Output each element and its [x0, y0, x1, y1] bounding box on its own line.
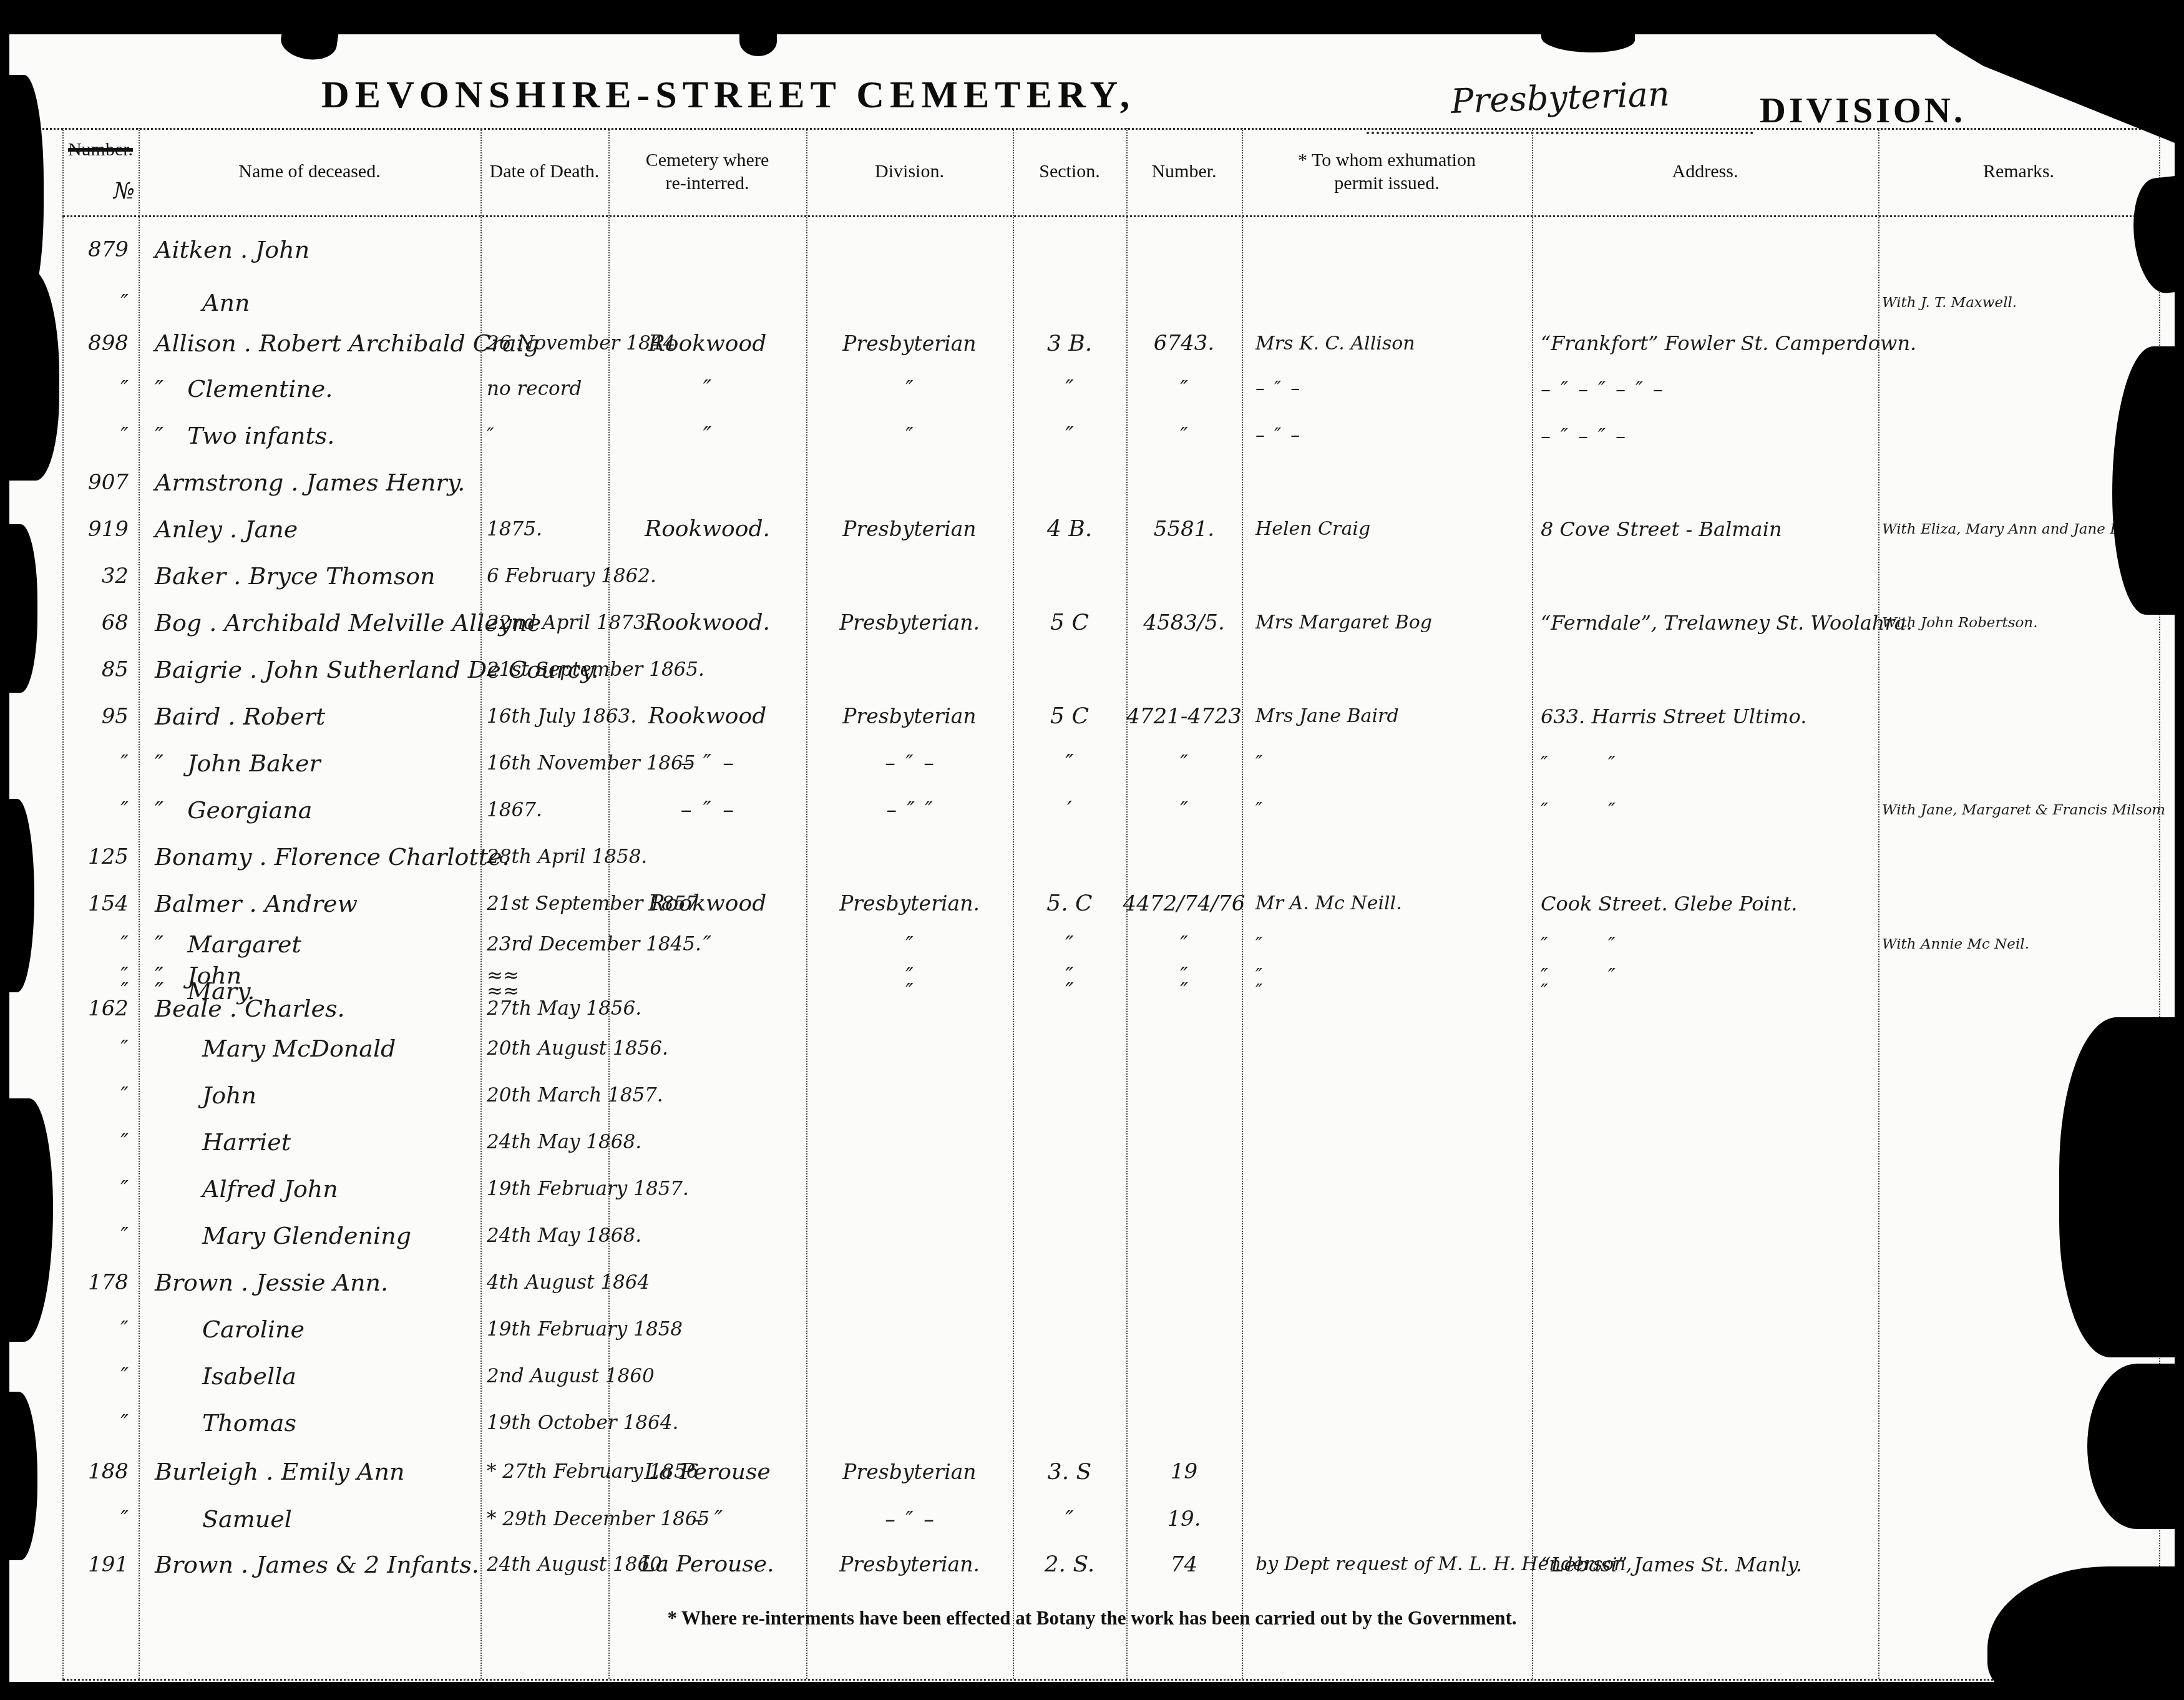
cell-no: ″: [62, 786, 139, 833]
table-row: ″ Mary Glendening24th May 1868.: [62, 1212, 2159, 1259]
cell-section: [1013, 1165, 1126, 1212]
cell-division: [806, 552, 1013, 599]
cell-permit: – ″ –: [1242, 365, 1532, 412]
cell-section: 3. S: [1013, 1446, 1126, 1497]
cell-no: ″: [62, 1352, 139, 1399]
cell-date: 24th May 1868.: [480, 1212, 608, 1259]
cell-no: 125: [62, 833, 139, 880]
cell-name: Burleigh . Emily Ann: [139, 1446, 480, 1497]
cell-address: [1532, 833, 1878, 880]
cell-number: ″: [1126, 412, 1242, 459]
cell-name: Samuel: [139, 1497, 480, 1541]
cell-cemetery: [608, 1212, 806, 1259]
cell-division: [806, 1352, 1013, 1399]
cell-division: ″: [806, 365, 1013, 412]
cell-section: [1013, 284, 1126, 321]
page: DEVONSHIRE-STREET CEMETERY, Presbyterian…: [9, 34, 2175, 1682]
cell-section: [1013, 1072, 1126, 1118]
cell-section: [1013, 552, 1126, 599]
cell-date: 4th August 1864: [480, 1259, 608, 1306]
cell-remarks: With Annie Mc Neil.: [1878, 927, 2159, 962]
cell-section: 3 B.: [1013, 321, 1126, 365]
cell-cemetery: [608, 1399, 806, 1446]
cell-address: – ″ – ″ –: [1532, 412, 1878, 459]
cell-division: Presbyterian: [806, 693, 1013, 740]
cell-number: 4583/5.: [1126, 599, 1242, 646]
cell-division: Presbyterian: [806, 1446, 1013, 1497]
cell-number: ″: [1126, 927, 1242, 962]
cell-name: Mary McDonald: [139, 1025, 480, 1072]
cell-number: ″: [1126, 740, 1242, 786]
cell-cemetery: [608, 1259, 806, 1306]
cell-no: ″: [62, 1118, 139, 1165]
cell-section: 2. S.: [1013, 1541, 1126, 1588]
cell-number: 19: [1126, 1446, 1242, 1497]
cell-name: Ann: [139, 284, 480, 321]
column-header-cemetery: Cemetery where re-interred.: [608, 128, 806, 215]
cell-permit: [1242, 1118, 1532, 1165]
cell-permit: [1242, 1165, 1532, 1212]
table-row: 154Balmer . Andrew21st September 1857Roo…: [62, 880, 2159, 927]
cell-permit: [1242, 992, 1532, 1025]
column-header-name: Name of deceased.: [139, 128, 480, 215]
cell-no: 879: [62, 215, 139, 284]
cell-address: ″ ″: [1532, 740, 1878, 786]
table-row: 95Baird . Robert16th July 1863.RookwoodP…: [62, 693, 2159, 740]
table-row: ″″ Margaret23rd December 1845.″″″″″″ ″Wi…: [62, 927, 2159, 962]
cell-section: [1013, 215, 1126, 284]
cell-number: 6743.: [1126, 321, 1242, 365]
cell-name: John: [139, 1072, 480, 1118]
torn-edge: [739, 26, 777, 56]
cell-section: 5 C: [1013, 599, 1126, 646]
cell-cemetery: La Perouse.: [608, 1541, 806, 1588]
cell-address: [1532, 552, 1878, 599]
cell-date: [480, 284, 608, 321]
cell-address: Cook Street. Glebe Point.: [1532, 880, 1878, 927]
cell-permit: ″: [1242, 927, 1532, 962]
cell-section: [1013, 1212, 1126, 1259]
cell-date: 19th February 1857.: [480, 1165, 608, 1212]
cell-number: [1126, 1118, 1242, 1165]
cell-section: ″: [1013, 1497, 1126, 1541]
cell-division: ″: [806, 412, 1013, 459]
table-row: 879Aitken . John: [62, 215, 2159, 284]
cell-section: [1013, 646, 1126, 693]
cell-date: * 29th December 1865: [480, 1497, 608, 1541]
table-row: ″ AnnWith J. T. Maxwell.: [62, 284, 2159, 321]
cell-date: 24th May 1868.: [480, 1118, 608, 1165]
table-row: ″ John20th March 1857.: [62, 1072, 2159, 1118]
cell-address: – ″ – ″ – ″ –: [1532, 365, 1878, 412]
cell-date: * 27th February 1856: [480, 1446, 608, 1497]
cell-remarks: [1878, 215, 2159, 284]
cell-section: [1013, 1399, 1126, 1446]
cell-name: Baird . Robert: [139, 693, 480, 740]
cell-division: [806, 284, 1013, 321]
page-title: DEVONSHIRE-STREET CEMETERY,: [321, 73, 1135, 117]
cell-cemetery: [608, 833, 806, 880]
cell-no: ″: [62, 1306, 139, 1352]
cell-cemetery: [608, 1025, 806, 1072]
torn-edge: [0, 524, 37, 693]
cell-cemetery: [608, 1118, 806, 1165]
cell-permit: [1242, 833, 1532, 880]
cell-date: 21st September 1865.: [480, 646, 608, 693]
cell-permit: [1242, 552, 1532, 599]
cell-date: 19th February 1858: [480, 1306, 608, 1352]
cell-no: 178: [62, 1259, 139, 1306]
cell-name: Beale . Charles.: [139, 992, 480, 1025]
cell-division: [806, 1025, 1013, 1072]
cell-name: Alfred John: [139, 1165, 480, 1212]
cell-number: ″: [1126, 365, 1242, 412]
cell-remarks: [1878, 365, 2159, 412]
cell-address: [1532, 459, 1878, 506]
table-row: 191Brown . James & 2 Infants.24th August…: [62, 1541, 2159, 1588]
cell-section: ″: [1013, 927, 1126, 962]
cell-address: [1532, 992, 1878, 1025]
cell-section: ″: [1013, 412, 1126, 459]
cell-permit: [1242, 1306, 1532, 1352]
cell-address: [1532, 646, 1878, 693]
cell-division: [806, 215, 1013, 284]
table-body: 879Aitken . John″ AnnWith J. T. Maxwell.…: [9, 215, 2175, 1588]
cell-cemetery: [608, 1306, 806, 1352]
cell-remarks: [1878, 880, 2159, 927]
cell-no: 191: [62, 1541, 139, 1588]
cell-number: 19.: [1126, 1497, 1242, 1541]
cell-cemetery: [608, 552, 806, 599]
cell-number: [1126, 1399, 1242, 1446]
cell-date: 28th April 1858.: [480, 833, 608, 880]
cell-date: 16th November 1865: [480, 740, 608, 786]
cell-number: 4721-4723: [1126, 693, 1242, 740]
cell-number: [1126, 1165, 1242, 1212]
cell-division: ″: [806, 927, 1013, 962]
cell-name: Aitken . John: [139, 215, 480, 284]
table-row: 907Armstrong . James Henry.: [62, 459, 2159, 506]
cell-date: ″: [480, 412, 608, 459]
column-header-number: Number.: [1126, 128, 1242, 215]
cell-no: 188: [62, 1446, 139, 1497]
cell-permit: [1242, 1446, 1532, 1497]
cell-cemetery: [608, 215, 806, 284]
cell-date: 1875.: [480, 506, 608, 552]
cell-section: 5. C: [1013, 880, 1126, 927]
cell-permit: by Dept request of M. L. H. Henderson,: [1242, 1541, 1532, 1588]
table-row: 32Baker . Bryce Thomson6 February 1862.: [62, 552, 2159, 599]
cell-address: [1532, 1025, 1878, 1072]
cell-cemetery: Rookwood: [608, 693, 806, 740]
table-row: ″″ Two infants.″″″″″– ″ –– ″ – ″ –: [62, 412, 2159, 459]
cell-number: [1126, 1352, 1242, 1399]
cell-no: ″: [62, 365, 139, 412]
cell-remarks: [1878, 321, 2159, 365]
cell-address: [1532, 1165, 1878, 1212]
table-row: ″ Alfred John19th February 1857.: [62, 1165, 2159, 1212]
column-header-number-old: Number. №: [62, 128, 139, 215]
cell-division: – ″ –: [806, 1497, 1013, 1541]
cell-number: [1126, 284, 1242, 321]
table-row: 162Beale . Charles.27th May 1856.: [62, 992, 2159, 1025]
table-row: 178Brown . Jessie Ann.4th August 1864: [62, 1259, 2159, 1306]
table-row: 68Bog . Archibald Melville Alleyne22nd A…: [62, 599, 2159, 646]
table-row: ″″ John≈≈″″″″″ ″: [62, 962, 2159, 977]
table-row: ″ Caroline19th February 1858: [62, 1306, 2159, 1352]
cell-remarks: [1878, 552, 2159, 599]
table-header: Number. № Name of deceased. Date of Deat…: [62, 128, 2159, 215]
table-row: ″ Isabella2nd August 1860: [62, 1352, 2159, 1399]
cell-name: Mary Glendening: [139, 1212, 480, 1259]
cell-number: [1126, 215, 1242, 284]
cell-address: [1532, 1399, 1878, 1446]
cell-permit: [1242, 459, 1532, 506]
table-bottom-rule: [62, 1679, 2159, 1681]
cell-date: 21st September 1857: [480, 880, 608, 927]
cell-permit: [1242, 1212, 1532, 1259]
cell-permit: [1242, 1399, 1532, 1446]
column-header-remarks: Remarks.: [1878, 128, 2159, 215]
cell-date: 24th August 1860.: [480, 1541, 608, 1588]
cell-name: Thomas: [139, 1399, 480, 1446]
cell-division: [806, 1165, 1013, 1212]
cell-remarks: With Jane, Margaret & Francis Milsom: [1878, 786, 2159, 833]
cell-section: [1013, 1259, 1126, 1306]
cell-address: 8 Cove Street - Balmain: [1532, 506, 1878, 552]
table-row: ″ Thomas19th October 1864.: [62, 1399, 2159, 1446]
cell-cemetery: – ″: [608, 1497, 806, 1541]
cell-cemetery: [608, 1352, 806, 1399]
cell-section: [1013, 459, 1126, 506]
table-row: 125Bonamy . Florence Charlotte.28th Apri…: [62, 833, 2159, 880]
torn-edge: [2059, 1017, 2184, 1357]
cell-address: “Lebasi” James St. Manly.: [1532, 1541, 1878, 1588]
cell-name: ″ Two infants.: [139, 412, 480, 459]
cell-division: [806, 992, 1013, 1025]
cell-section: [1013, 1118, 1126, 1165]
cell-no: ″: [62, 284, 139, 321]
cell-number: [1126, 646, 1242, 693]
cell-name: Brown . Jessie Ann.: [139, 1259, 480, 1306]
cell-name: Baigrie . John Sutherland De Courcy.: [139, 646, 480, 693]
cell-division: [806, 459, 1013, 506]
cell-cemetery: [608, 1072, 806, 1118]
cell-date: 16th July 1863.: [480, 693, 608, 740]
cell-date: no record: [480, 365, 608, 412]
cell-name: Caroline: [139, 1306, 480, 1352]
cell-permit: Mrs Margaret Bog: [1242, 599, 1532, 646]
cell-date: 20th August 1856.: [480, 1025, 608, 1072]
cell-remarks: With J. T. Maxwell.: [1878, 284, 2159, 321]
footnote: * Where re-interments have been effected…: [9, 1607, 2175, 1629]
cell-number: [1126, 833, 1242, 880]
cell-date: 26 November 1844: [480, 321, 608, 365]
cell-number: 5581.: [1126, 506, 1242, 552]
table-row: ″″ Clementine.no record″″″″– ″ –– ″ – ″ …: [62, 365, 2159, 412]
cell-cemetery: [608, 992, 806, 1025]
cell-address: [1532, 1306, 1878, 1352]
column-header-address: Address.: [1532, 128, 1878, 215]
cell-no: 32: [62, 552, 139, 599]
cell-name: Bonamy . Florence Charlotte.: [139, 833, 480, 880]
numero-handwritten: №: [114, 177, 135, 205]
cell-address: ″ ″: [1532, 927, 1878, 962]
cell-name: ″ Margaret: [139, 927, 480, 962]
cell-permit: [1242, 284, 1532, 321]
cell-cemetery: Rookwood: [608, 880, 806, 927]
cell-remarks: [1878, 693, 2159, 740]
cell-address: [1532, 284, 1878, 321]
cell-number: [1126, 552, 1242, 599]
cell-permit: – ″ –: [1242, 412, 1532, 459]
cell-permit: Mrs Jane Baird: [1242, 693, 1532, 740]
cell-division: Presbyterian: [806, 321, 1013, 365]
cell-number: [1126, 1306, 1242, 1352]
table-row: ″ Mary McDonald20th August 1856.: [62, 1025, 2159, 1072]
cell-name: Brown . James & 2 Infants.: [139, 1541, 480, 1588]
cell-no: 162: [62, 992, 139, 1025]
cell-permit: [1242, 1352, 1532, 1399]
cell-division: Presbyterian: [806, 506, 1013, 552]
cell-number: 4472/74/76: [1126, 880, 1242, 927]
cell-name: Armstrong . James Henry.: [139, 459, 480, 506]
cell-no: ″: [62, 927, 139, 962]
cell-date: 27th May 1856.: [480, 992, 608, 1025]
column-header-date: Date of Death.: [480, 128, 608, 215]
table-row: 919Anley . Jane1875.Rookwood.Presbyteria…: [62, 506, 2159, 552]
cell-no: ″: [62, 740, 139, 786]
column-header-division: Division.: [806, 128, 1013, 215]
cell-name: Harriet: [139, 1118, 480, 1165]
cell-no: 154: [62, 880, 139, 927]
cell-name: Bog . Archibald Melville Alleyne: [139, 599, 480, 646]
cell-division: [806, 646, 1013, 693]
cell-address: [1532, 1072, 1878, 1118]
cell-name: Allison . Robert Archibald Craig: [139, 321, 480, 365]
cell-no: 919: [62, 506, 139, 552]
cell-division: [806, 1072, 1013, 1118]
column-header-section: Section.: [1013, 128, 1126, 215]
cell-cemetery: Rookwood: [608, 321, 806, 365]
cell-address: [1532, 1352, 1878, 1399]
cell-cemetery: [608, 1165, 806, 1212]
cell-section: [1013, 1025, 1126, 1072]
table-row: 898Allison . Robert Archibald Craig26 No…: [62, 321, 2159, 365]
cell-no: ″: [62, 412, 139, 459]
torn-edge: [2087, 1364, 2184, 1529]
cell-no: ″: [62, 1165, 139, 1212]
cell-name: Baker . Bryce Thomson: [139, 552, 480, 599]
cell-name: ″ Clementine.: [139, 365, 480, 412]
cell-cemetery: La Perouse: [608, 1446, 806, 1497]
cell-no: 95: [62, 693, 139, 740]
cell-permit: ″: [1242, 740, 1532, 786]
table-row: ″″ Mary.≈≈″″″″″: [62, 977, 2159, 992]
cell-no: 68: [62, 599, 139, 646]
cell-number: ″: [1126, 786, 1242, 833]
torn-edge: [0, 799, 34, 992]
cell-no: ″: [62, 1212, 139, 1259]
cell-number: [1126, 1212, 1242, 1259]
cell-number: [1126, 1072, 1242, 1118]
cell-no: 907: [62, 459, 139, 506]
cell-date: 19th October 1864.: [480, 1399, 608, 1446]
cell-name: Isabella: [139, 1352, 480, 1399]
cell-division: – ″ ″: [806, 786, 1013, 833]
cell-date: 20th March 1857.: [480, 1072, 608, 1118]
cell-date: [480, 215, 608, 284]
cell-permit: [1242, 1025, 1532, 1072]
cell-date: 1867.: [480, 786, 608, 833]
cell-remarks: [1878, 646, 2159, 693]
cell-remarks: [1878, 833, 2159, 880]
cell-number: [1126, 1025, 1242, 1072]
column-header-permit: * To whom exhumation permit issued.: [1242, 128, 1532, 215]
cell-division: [806, 1259, 1013, 1306]
cell-address: [1532, 215, 1878, 284]
cell-name: ″ John Baker: [139, 740, 480, 786]
cell-date: 22nd April 1873.: [480, 599, 608, 646]
cell-permit: ″: [1242, 786, 1532, 833]
cell-division: [806, 833, 1013, 880]
cell-address: ″ ″: [1532, 786, 1878, 833]
cell-division: [806, 1306, 1013, 1352]
cell-cemetery: [608, 646, 806, 693]
cell-permit: [1242, 646, 1532, 693]
cell-no: ″: [62, 1025, 139, 1072]
cell-date: 6 February 1862.: [480, 552, 608, 599]
cell-division: [806, 1212, 1013, 1259]
cell-remarks: [1878, 740, 2159, 786]
cell-address: [1532, 1212, 1878, 1259]
table-row: 188Burleigh . Emily Ann* 27th February 1…: [62, 1446, 2159, 1497]
cell-number: [1126, 992, 1242, 1025]
cell-permit: [1242, 1259, 1532, 1306]
table-row: ″″ John Baker16th November 1865– ″ –– ″ …: [62, 740, 2159, 786]
torn-edge: [0, 1392, 37, 1560]
cell-no: ″: [62, 1072, 139, 1118]
cell-date: [480, 459, 608, 506]
cell-no: ″: [62, 1399, 139, 1446]
cell-remarks: With John Robertson.: [1878, 599, 2159, 646]
cell-no: 85: [62, 646, 139, 693]
table-row: ″″ Georgiana1867.– ″ –– ″ ″′″″″ ″With Ja…: [62, 786, 2159, 833]
cell-name: Balmer . Andrew: [139, 880, 480, 927]
cell-cemetery: ″: [608, 927, 806, 962]
cell-section: 4 B.: [1013, 506, 1126, 552]
cell-section: [1013, 833, 1126, 880]
cell-address: [1532, 1497, 1878, 1541]
cell-no: ″: [62, 1497, 139, 1541]
cell-name: ″ Georgiana: [139, 786, 480, 833]
cell-number: [1126, 459, 1242, 506]
table-row: ″ Samuel* 29th December 1865– ″– ″ –″19.: [62, 1497, 2159, 1541]
cell-division: [806, 1399, 1013, 1446]
cell-section: ″: [1013, 740, 1126, 786]
cell-section: ′: [1013, 786, 1126, 833]
cell-permit: Helen Craig: [1242, 506, 1532, 552]
cell-name: Anley . Jane: [139, 506, 480, 552]
cell-address: “Frankfort” Fowler St. Camperdown.: [1532, 321, 1878, 365]
cell-permit: [1242, 1497, 1532, 1541]
cell-cemetery: ″: [608, 365, 806, 412]
cell-section: [1013, 1352, 1126, 1399]
cell-section: [1013, 1306, 1126, 1352]
cell-permit: [1242, 1072, 1532, 1118]
cell-address: [1532, 1259, 1878, 1306]
cell-section: 5 C: [1013, 693, 1126, 740]
